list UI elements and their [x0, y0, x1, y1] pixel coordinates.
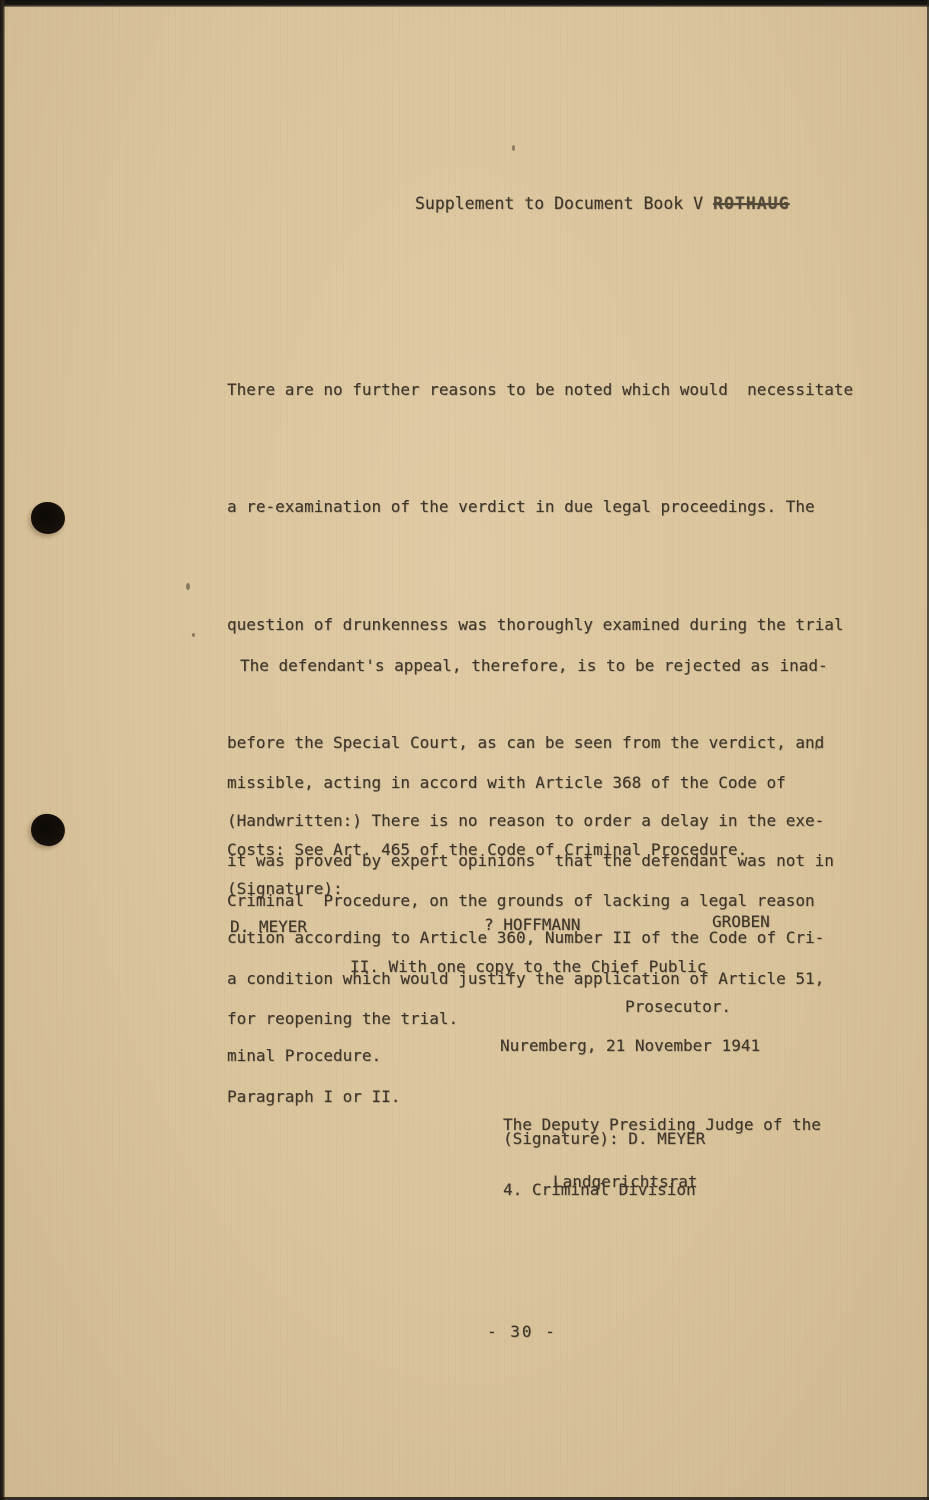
document-header: Supplement to Document Book V ROTHAUG [415, 194, 790, 213]
scan-edge-left [0, 0, 5, 1500]
rank-line: Landgerichtsrat [553, 1172, 698, 1191]
dateline: Nuremberg, 21 November 1941 [500, 1036, 760, 1055]
paper-speck [512, 145, 515, 151]
punch-hole-bottom [29, 812, 67, 848]
scan-edge-top [0, 0, 929, 7]
signature-line: (Signature): D. MEYER [503, 1129, 705, 1148]
scanned-document-page: Supplement to Document Book V ROTHAUG Th… [0, 0, 929, 1500]
page-number: - 30 - [487, 1322, 557, 1341]
signature-label: (Signature): [227, 879, 343, 898]
punch-hole-top [31, 502, 65, 534]
signatory-hoffmann: ? HOFFMANN [484, 915, 580, 934]
text-line: a re-examination of the verdict in due l… [227, 487, 853, 526]
text-line: (Handwritten:) There is no reason to ord… [227, 801, 824, 840]
signatory-meyer: D. MEYER [230, 917, 307, 936]
header-text: Supplement to Document Book V [415, 194, 713, 213]
paper-speck [186, 583, 190, 590]
distribution-note-line1: II. With one copy to the Chief Public [350, 957, 706, 976]
distribution-note-line2: Prosecutor. [625, 997, 731, 1016]
text-line: There are no further reasons to be noted… [227, 370, 853, 409]
judge-title-block: The Deputy Presiding Judge of the 4. Cri… [503, 1071, 821, 1243]
costs-line: Costs: See Art. 465 of the Code of Crimi… [227, 840, 747, 859]
header-struck-word: ROTHAUG [713, 194, 790, 213]
text-line: The defendant's appeal, therefore, is to… [227, 646, 828, 685]
paper-speck [192, 633, 195, 637]
signatory-groben: GROBEN [712, 912, 770, 931]
